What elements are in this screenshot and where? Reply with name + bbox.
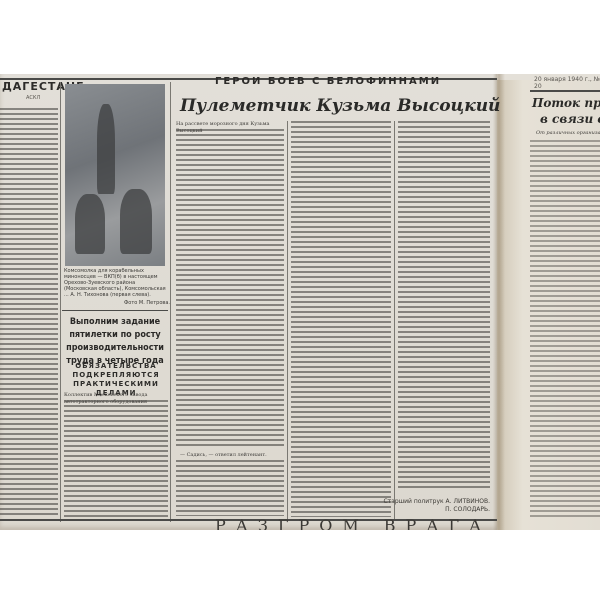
article-column-2 xyxy=(291,121,391,517)
article-signature-1: Старший политрук А. ЛИТВИНОВ. xyxy=(380,498,490,505)
news-photo xyxy=(65,84,165,266)
article-quote: — Садись, — ответил лейтенант. xyxy=(180,452,284,459)
right-column-body xyxy=(530,140,600,520)
left-column-body xyxy=(0,108,58,518)
photo-rule xyxy=(62,310,168,311)
bottom-banner: РАЗГРОМ ВРАГА xyxy=(215,516,491,530)
column-divider xyxy=(60,82,61,522)
box-article-title: Выполним задание пятилетки по росту прои… xyxy=(62,316,168,368)
article-column-1 xyxy=(176,129,284,449)
left-column-byline: АСКЛ xyxy=(26,95,40,101)
page-fold xyxy=(493,74,505,530)
article-title: Пулеметчик Кузьма Высоцкий xyxy=(180,96,500,116)
right-page-rule xyxy=(530,90,600,92)
article-signature-2: П. СОЛОДАРЬ. xyxy=(380,506,490,513)
column-divider xyxy=(287,121,288,519)
column-divider xyxy=(394,121,395,519)
right-page-dateline: 20 января 1940 г., № 20 xyxy=(534,76,600,90)
box-article-body xyxy=(64,400,168,518)
photo-credit: Фото М. Петрова. xyxy=(120,300,170,306)
column-divider xyxy=(170,82,171,522)
photo-caption: Комсомолка для корабельных миноносцев — … xyxy=(64,268,166,298)
right-intro: От различных организаций ... поступили п… xyxy=(536,130,600,137)
article-rubric: ГЕРОИ БОЕВ С БЕЛОФИННАМИ xyxy=(215,76,441,87)
article-column-3 xyxy=(398,121,490,491)
right-headline-line1: Поток приветствий xyxy=(532,96,600,110)
article-column-1-end xyxy=(176,460,284,516)
right-headline-line2: в связи с 60-летием xyxy=(540,112,600,126)
